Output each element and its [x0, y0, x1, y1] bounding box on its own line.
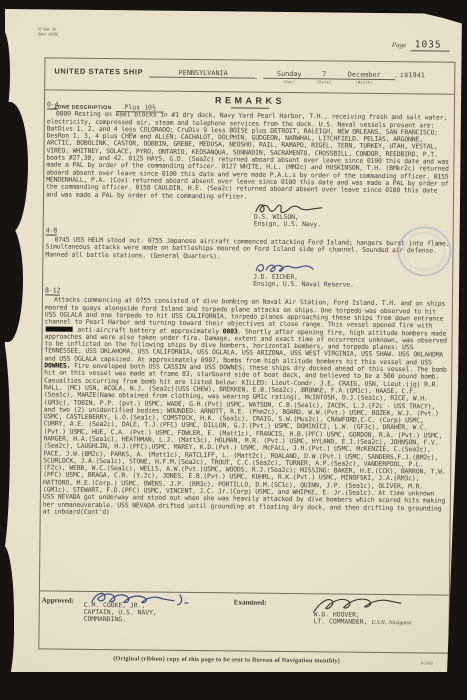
log-entry-8-12: Attacks commencing at 0755 consisted of …: [43, 297, 449, 520]
redacted-word: [46, 326, 73, 332]
watch-section-4-8: 4-8 0745 USS HELM stood out. 0755 Japane…: [45, 227, 450, 289]
examined-signature-block: W.D. HOOVER, LT. COMMANDER, U.S.N., Navi…: [292, 600, 446, 628]
ship-label: UNITED STATES SHIP: [54, 67, 143, 77]
photo-edge-top: [0, 0, 467, 9]
log-page-paper: N. Nav. 42 (Mar. 1935) Page 1035 UNITED …: [0, 9, 462, 677]
page-number-field: Page 1035: [392, 34, 450, 53]
watch-section-8-12: 8-12 Attacks commencing at 0755 consiste…: [43, 287, 449, 519]
examined-role: U.S.N., Navigator.: [371, 620, 412, 626]
blue-circular-stamp-icon: [397, 226, 452, 277]
watch-header-4-8: 4-8: [46, 227, 58, 235]
year-printed: , 19: [395, 72, 408, 79]
remarks-body: 0-4 0000 Resting on keel blocks in #1 dr…: [43, 101, 451, 520]
log-entry-4-8: 0745 USS HELM stood out. 0755 Japanese a…: [45, 237, 449, 263]
date-field: 7(Date): [315, 70, 333, 79]
log-entry-0-4: 0000 Resting on keel blocks in #1 dry do…: [46, 111, 451, 203]
ship-name: PENNSYLVANIA: [149, 69, 257, 79]
signed-title: Ensign, U.S. Naval Reserve.: [253, 281, 449, 290]
approved-title2: COMMANDING.: [84, 616, 234, 625]
form-number: N. Nav. 42 (Mar. 1935): [38, 27, 59, 36]
approved-label: Approved:: [42, 597, 84, 624]
photo-edge-bottom: [0, 672, 467, 700]
page-number: 1035: [411, 39, 450, 51]
approval-row: Approved: C.M. COOKE, JR., CAPTAIN, U.S.…: [42, 597, 446, 628]
year-typed: 1941: [408, 71, 424, 79]
hoover-signature-icon: [310, 594, 405, 617]
watch-header-0-4: 0-4: [47, 101, 59, 109]
photographed-deck-log: { "form": { "number_line1": "N. Nav. 42"…: [0, 0, 467, 700]
examined-label: Examined:: [234, 599, 292, 626]
cooke-signature-icon: [88, 590, 206, 609]
signature-block-wilson: D.S. WILSON, Ensign, U.S. Navy.: [254, 201, 450, 229]
page-label: Page: [392, 41, 406, 49]
month-field: December(Month): [333, 70, 395, 80]
day-field: Sunday(Day): [263, 70, 315, 80]
print-code: 9-1422: [421, 660, 434, 665]
watch-section-0-4: 0-4 0000 Resting on keel blocks in #1 dr…: [46, 101, 451, 229]
approved-signature-block: C.M. COOKE, JR., CAPTAIN, U.S. NAVY, COM…: [84, 598, 234, 626]
watch-header-8-12: 8-12: [45, 287, 60, 295]
bureau-note: (Original (ribbon) copy of this page to …: [0, 654, 455, 666]
examined-title: LT. COMMANDER,: [314, 617, 368, 626]
